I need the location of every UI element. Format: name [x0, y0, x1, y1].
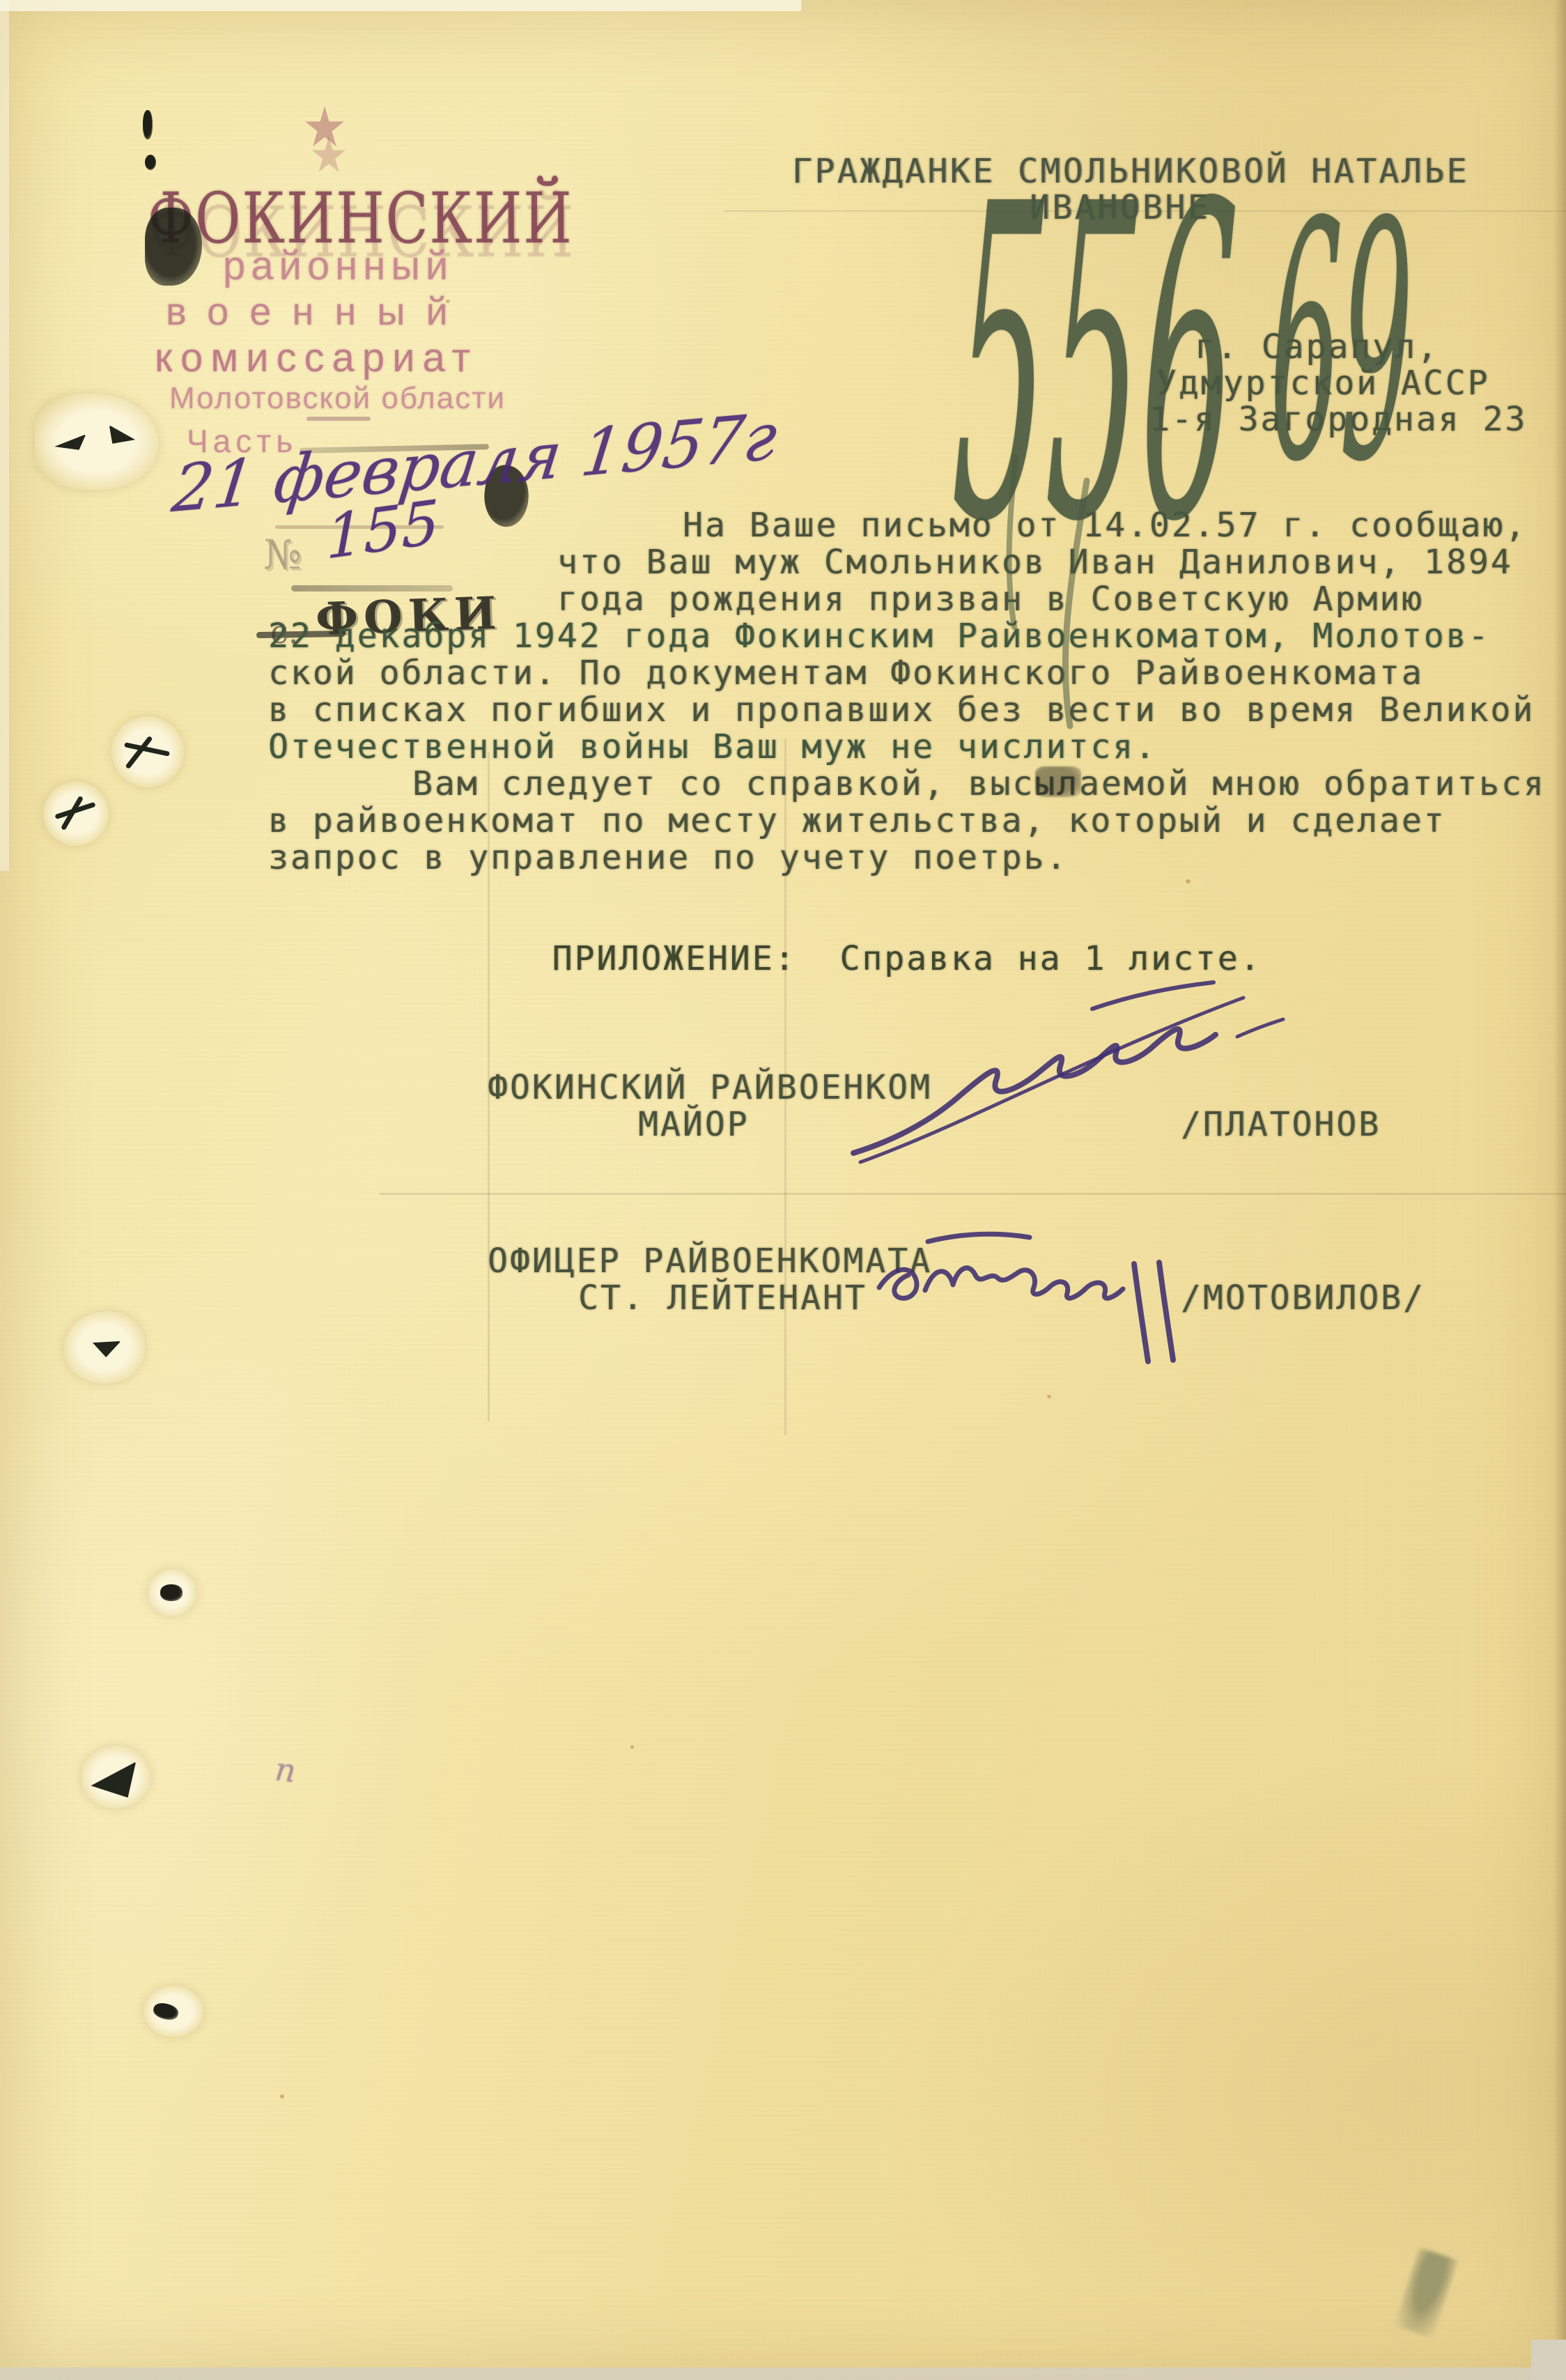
signature2-rank: СТ. ЛЕЙТЕНАНТ [578, 1278, 867, 1317]
ink-mark [143, 110, 153, 139]
horizontal-fold-crease [380, 1193, 1566, 1195]
paper-speck [1186, 879, 1191, 883]
signature1-rank: МАЙОР [638, 1105, 750, 1144]
scanned-letter-page: ФОКИНСКИЙ районный военный комиссариат М… [0, 0, 1566, 2380]
handwritten-outgoing-number: 155 [326, 487, 440, 573]
paper-speck [630, 1745, 634, 1749]
ink-mark [145, 155, 156, 170]
scan-edge-top [0, 0, 801, 11]
star-icon [304, 106, 345, 150]
body-line: Вам следует со справкой, высылаемой мною… [412, 764, 1546, 803]
stamp-number-label: № [263, 531, 302, 578]
signature2-autograph [864, 1218, 1226, 1378]
stamp-org-line: Молотовской области [169, 381, 506, 416]
scan-edge-right [1553, 0, 1566, 2380]
paper-tear [35, 394, 159, 490]
body-line: запрос в управление по учету поетрь. [268, 838, 1068, 877]
signature1-autograph [794, 968, 1296, 1177]
paper-speck [1047, 1395, 1051, 1398]
pencil-smudge [1394, 2248, 1458, 2338]
attachment-label: ПРИЛОЖЕНИЕ: [552, 939, 797, 978]
faint-pencil-mark: п [273, 1750, 297, 1790]
stamp-org-line: районный [223, 242, 453, 289]
pencil-number-right: 69 [1268, 180, 1416, 507]
scan-corner-bottom-right [1531, 2340, 1566, 2380]
scan-edge-left [0, 0, 9, 871]
ink-blot [145, 208, 202, 286]
stamp-org-line: военный [166, 288, 469, 334]
paper-speck [280, 2094, 284, 2099]
paper-hole [43, 782, 109, 846]
body-line: 22 декабря 1942 года Фокинским Райвоенко… [268, 617, 1490, 656]
body-line: в райвоенкомат по месту жительства, кото… [268, 801, 1446, 840]
hole-center [160, 1584, 183, 1601]
pencil-number-tails [975, 418, 1254, 752]
stamp-divider-rule [307, 417, 371, 421]
overtyped-letters-blotch [1035, 766, 1081, 797]
scan-edge-bottom [0, 2367, 1566, 2380]
stamp-org-line: комиссариат [155, 334, 478, 381]
body-line: в списках погибших и пропавших без вести… [268, 690, 1535, 729]
